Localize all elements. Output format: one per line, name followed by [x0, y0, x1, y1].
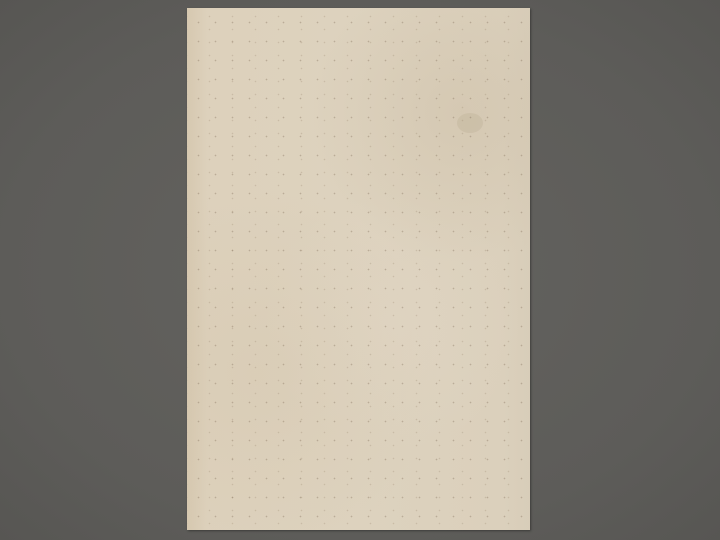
paper-sheet	[187, 8, 530, 530]
paper-stain	[457, 113, 483, 133]
